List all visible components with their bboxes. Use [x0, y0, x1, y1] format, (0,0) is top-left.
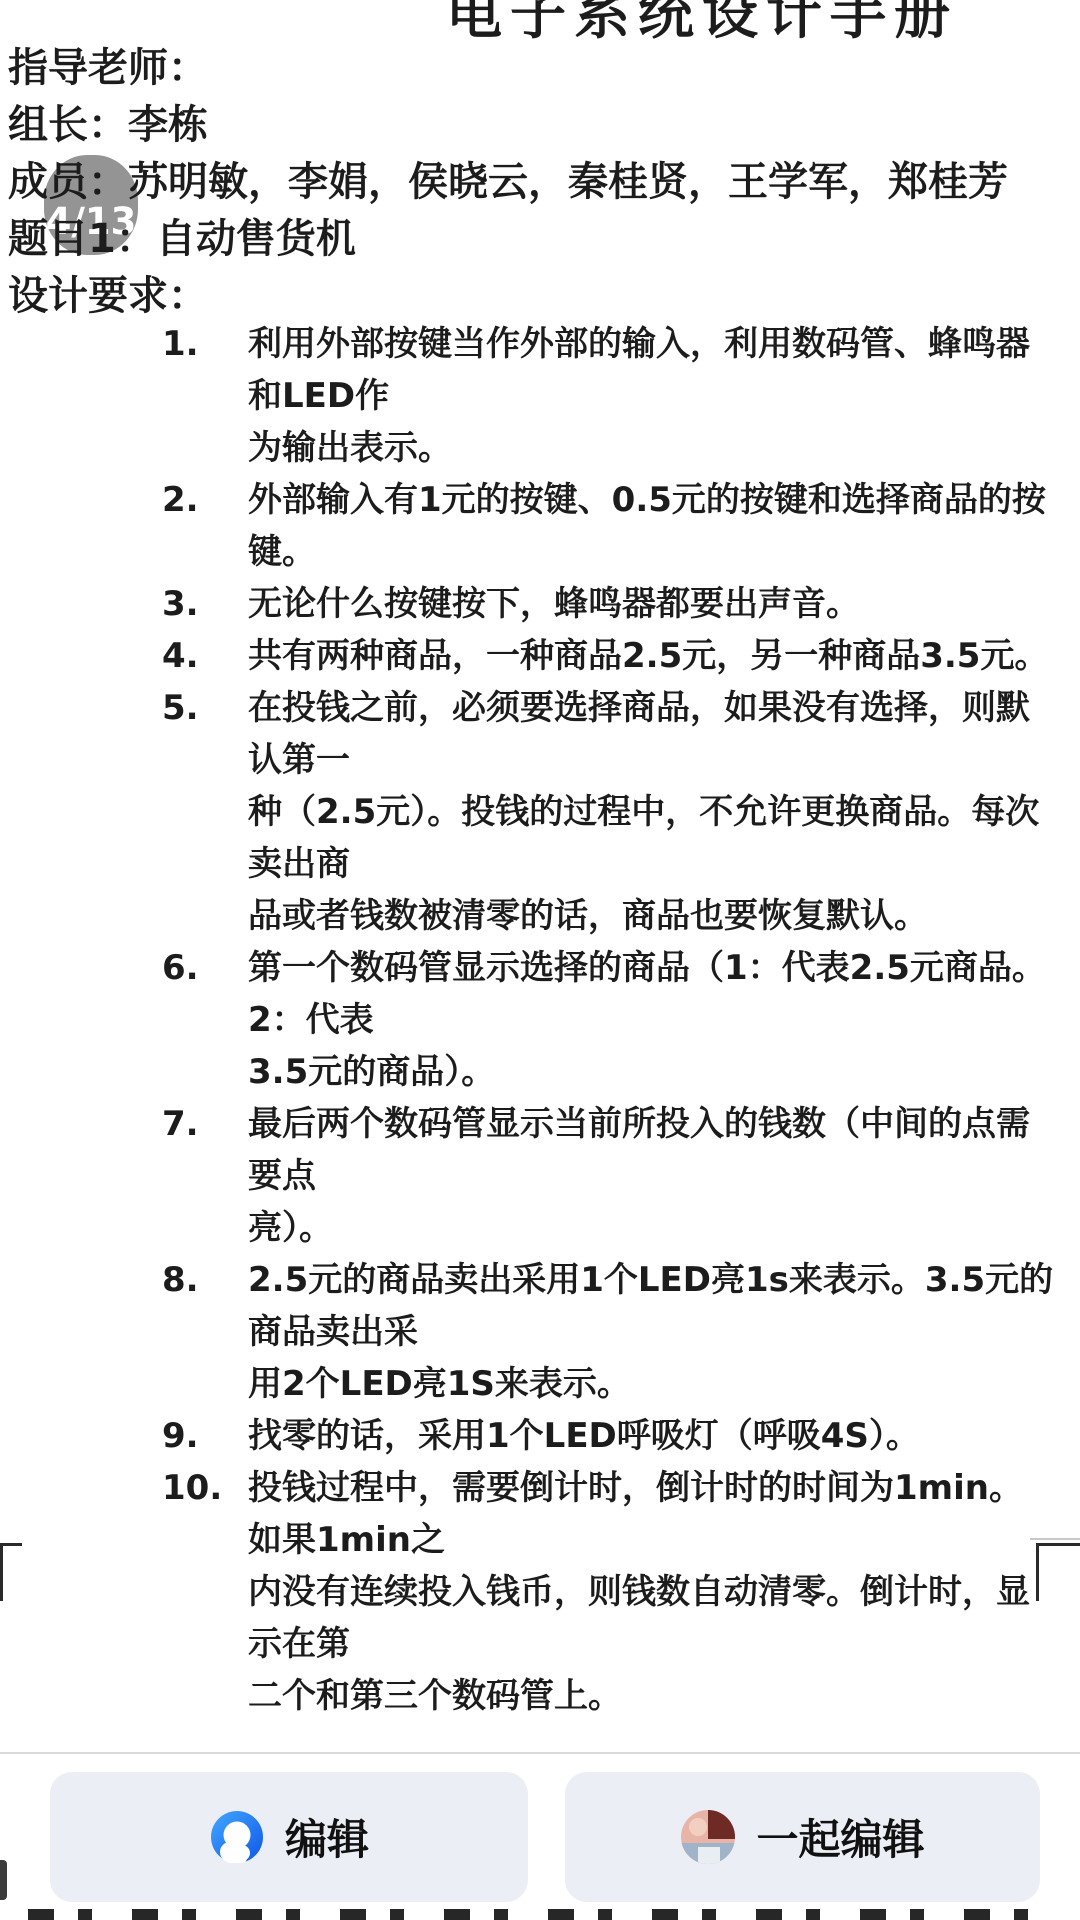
document-page[interactable]: 电子系统设计手册 4/13 指导老师： 组长：李栋 成员：苏明敏，李娟，侯晓云，… — [0, 0, 1080, 1920]
topic-line: 题目1：自动售货机 — [8, 211, 1060, 268]
footer-divider — [0, 1752, 1080, 1754]
members-line: 成员：苏明敏，李娟，侯晓云，秦桂贤，王学军，郑桂芳 — [8, 154, 1060, 211]
item-text: 共有两种商品，一种商品2.5元，另一种商品3.5元。 — [248, 630, 1056, 682]
item-number: 7. — [162, 1098, 248, 1150]
requirement-item: 9. 找零的话，采用1个LED呼吸灯（呼吸4S）。 — [162, 1410, 1056, 1462]
requirement-item: 6. 第一个数码管显示选择的商品（1：代表2.5元商品。2：代表 3.5元的商品… — [162, 942, 1056, 1098]
item-text: 利用外部按键当作外部的输入，利用数码管、蜂鸣器和LED作 为输出表示。 — [248, 318, 1056, 474]
item-text: 2.5元的商品卖出采用1个LED亮1s来表示。3.5元的商品卖出采 用2个LED… — [248, 1254, 1056, 1410]
requirement-item: 5. 在投钱之前，必须要选择商品，如果没有选择，则默认第一 种（2.5元）。投钱… — [162, 682, 1056, 942]
item-text: 找零的话，采用1个LED呼吸灯（呼吸4S）。 — [248, 1410, 1056, 1462]
requirement-item: 8. 2.5元的商品卖出采用1个LED亮1s来表示。3.5元的商品卖出采 用2个… — [162, 1254, 1056, 1410]
requirement-item: 3. 无论什么按键按下，蜂鸣器都要出声音。 — [162, 578, 1056, 630]
item-text: 无论什么按键按下，蜂鸣器都要出声音。 — [248, 578, 1056, 630]
item-number: 2. — [162, 474, 248, 526]
item-number: 4. — [162, 630, 248, 682]
item-number: 8. — [162, 1254, 248, 1306]
requirement-item: 1. 利用外部按键当作外部的输入，利用数码管、蜂鸣器和LED作 为输出表示。 — [162, 318, 1056, 474]
edit-button-label: 编辑 — [285, 1807, 369, 1867]
co-edit-button-label: 一起编辑 — [756, 1807, 924, 1867]
item-text: 投钱过程中，需要倒计时，倒计时的时间为1min。如果1min之 内没有连续投入钱… — [248, 1462, 1056, 1722]
left-edge-clipped-element — [0, 1860, 7, 1900]
item-number: 5. — [162, 682, 248, 734]
item-number: 3. — [162, 578, 248, 630]
item-text: 最后两个数码管显示当前所投入的钱数（中间的点需要点 亮）。 — [248, 1098, 1056, 1254]
edit-button[interactable]: 编辑 — [50, 1772, 528, 1902]
item-number: 1. — [162, 318, 248, 370]
qq-browser-icon — [209, 1809, 265, 1865]
next-page-corner-right — [1036, 1543, 1080, 1601]
next-page-corner-left — [0, 1543, 22, 1601]
item-text: 第一个数码管显示选择的商品（1：代表2.5元商品。2：代表 3.5元的商品）。 — [248, 942, 1056, 1098]
document-viewer[interactable]: 电子系统设计手册 4/13 指导老师： 组长：李栋 成员：苏明敏，李娟，侯晓云，… — [0, 0, 1080, 1920]
document-header: 指导老师： 组长：李栋 成员：苏明敏，李娟，侯晓云，秦桂贤，王学军，郑桂芳 题目… — [8, 40, 1060, 325]
group-leader-line: 组长：李栋 — [8, 97, 1060, 154]
clipped-next-content-strip — [28, 1909, 1052, 1920]
requirement-item: 7. 最后两个数码管显示当前所投入的钱数（中间的点需要点 亮）。 — [162, 1098, 1056, 1254]
item-text: 外部输入有1元的按键、0.5元的按键和选择商品的按键。 — [248, 474, 1056, 578]
design-req-heading: 设计要求： — [8, 268, 1060, 325]
collaborator-avatar — [680, 1809, 736, 1865]
requirement-item: 4. 共有两种商品，一种商品2.5元，另一种商品3.5元。 — [162, 630, 1056, 682]
co-edit-button[interactable]: 一起编辑 — [565, 1772, 1040, 1902]
item-number: 9. — [162, 1410, 248, 1462]
item-text: 在投钱之前，必须要选择商品，如果没有选择，则默认第一 种（2.5元）。投钱的过程… — [248, 682, 1056, 942]
advisor-line: 指导老师： — [8, 40, 1060, 97]
requirement-item: 10. 投钱过程中，需要倒计时，倒计时的时间为1min。如果1min之 内没有连… — [162, 1462, 1056, 1722]
requirement-item: 2. 外部输入有1元的按键、0.5元的按键和选择商品的按键。 — [162, 474, 1056, 578]
requirements-list: 1. 利用外部按键当作外部的输入，利用数码管、蜂鸣器和LED作 为输出表示。 2… — [0, 318, 1056, 1722]
item-number: 10. — [162, 1462, 248, 1514]
item-number: 6. — [162, 942, 248, 994]
